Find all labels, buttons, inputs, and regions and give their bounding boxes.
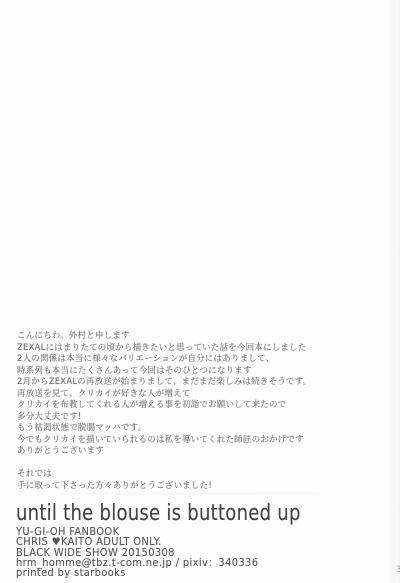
printer-credit: printed by starbooks	[16, 568, 342, 578]
afterword-line: クリカイを布教してくれる人が増える事を初詣でお願いして来たので	[17, 400, 311, 412]
afterword-line: 時系列も本当にたくさんあって今回はそのひとつになります	[17, 366, 311, 378]
afterword-line: 2人の関係は本当に様々なバリエーションが自分にはありまして、	[17, 354, 311, 366]
afterword-line: 再放送を見て、クリカイが好きな人が増えて	[17, 389, 311, 401]
afterword-line: こんにちわ。外村と申します	[17, 331, 311, 343]
afterword-line: ZEXALにはまりたての頃から描きたいと思っていた話を今回本にしました	[17, 343, 311, 355]
afterword-line: 今でもクリカイを描いていられるのは私を導いてくれた師匠のおかげです	[17, 435, 311, 447]
doujinshi-afterword-page: こんにちわ。外村と申します ZEXALにはまりたての頃から描きたいと思っていた話…	[0, 0, 400, 583]
scan-smudge	[60, 492, 320, 495]
colophon-block: until the blouse is buttoned up YU-GI-OH…	[16, 503, 363, 578]
scan-edge-shadow	[386, 0, 400, 583]
afterword-text-block: こんにちわ。外村と申します ZEXALにはまりたての頃から描きたいと思っていた話…	[17, 331, 311, 492]
afterword-line: それでは	[17, 469, 311, 481]
afterword-line: 手に取って下さった方々ありがとうございました!	[17, 481, 311, 493]
afterword-line: 2月からZEXALの再放送が始まりまして、まだまだ楽しみは続きそうです。	[17, 377, 311, 389]
page-number-fragment: 3	[396, 565, 400, 575]
afterword-line: 多分大丈夫です!	[17, 412, 311, 424]
afterword-line: もう枯渇状態で脱腸マッハです。	[17, 423, 311, 435]
book-title: until the blouse is buttoned up	[16, 503, 301, 525]
afterword-blank-line	[17, 458, 311, 470]
afterword-line: ありがとうございます	[17, 446, 311, 458]
